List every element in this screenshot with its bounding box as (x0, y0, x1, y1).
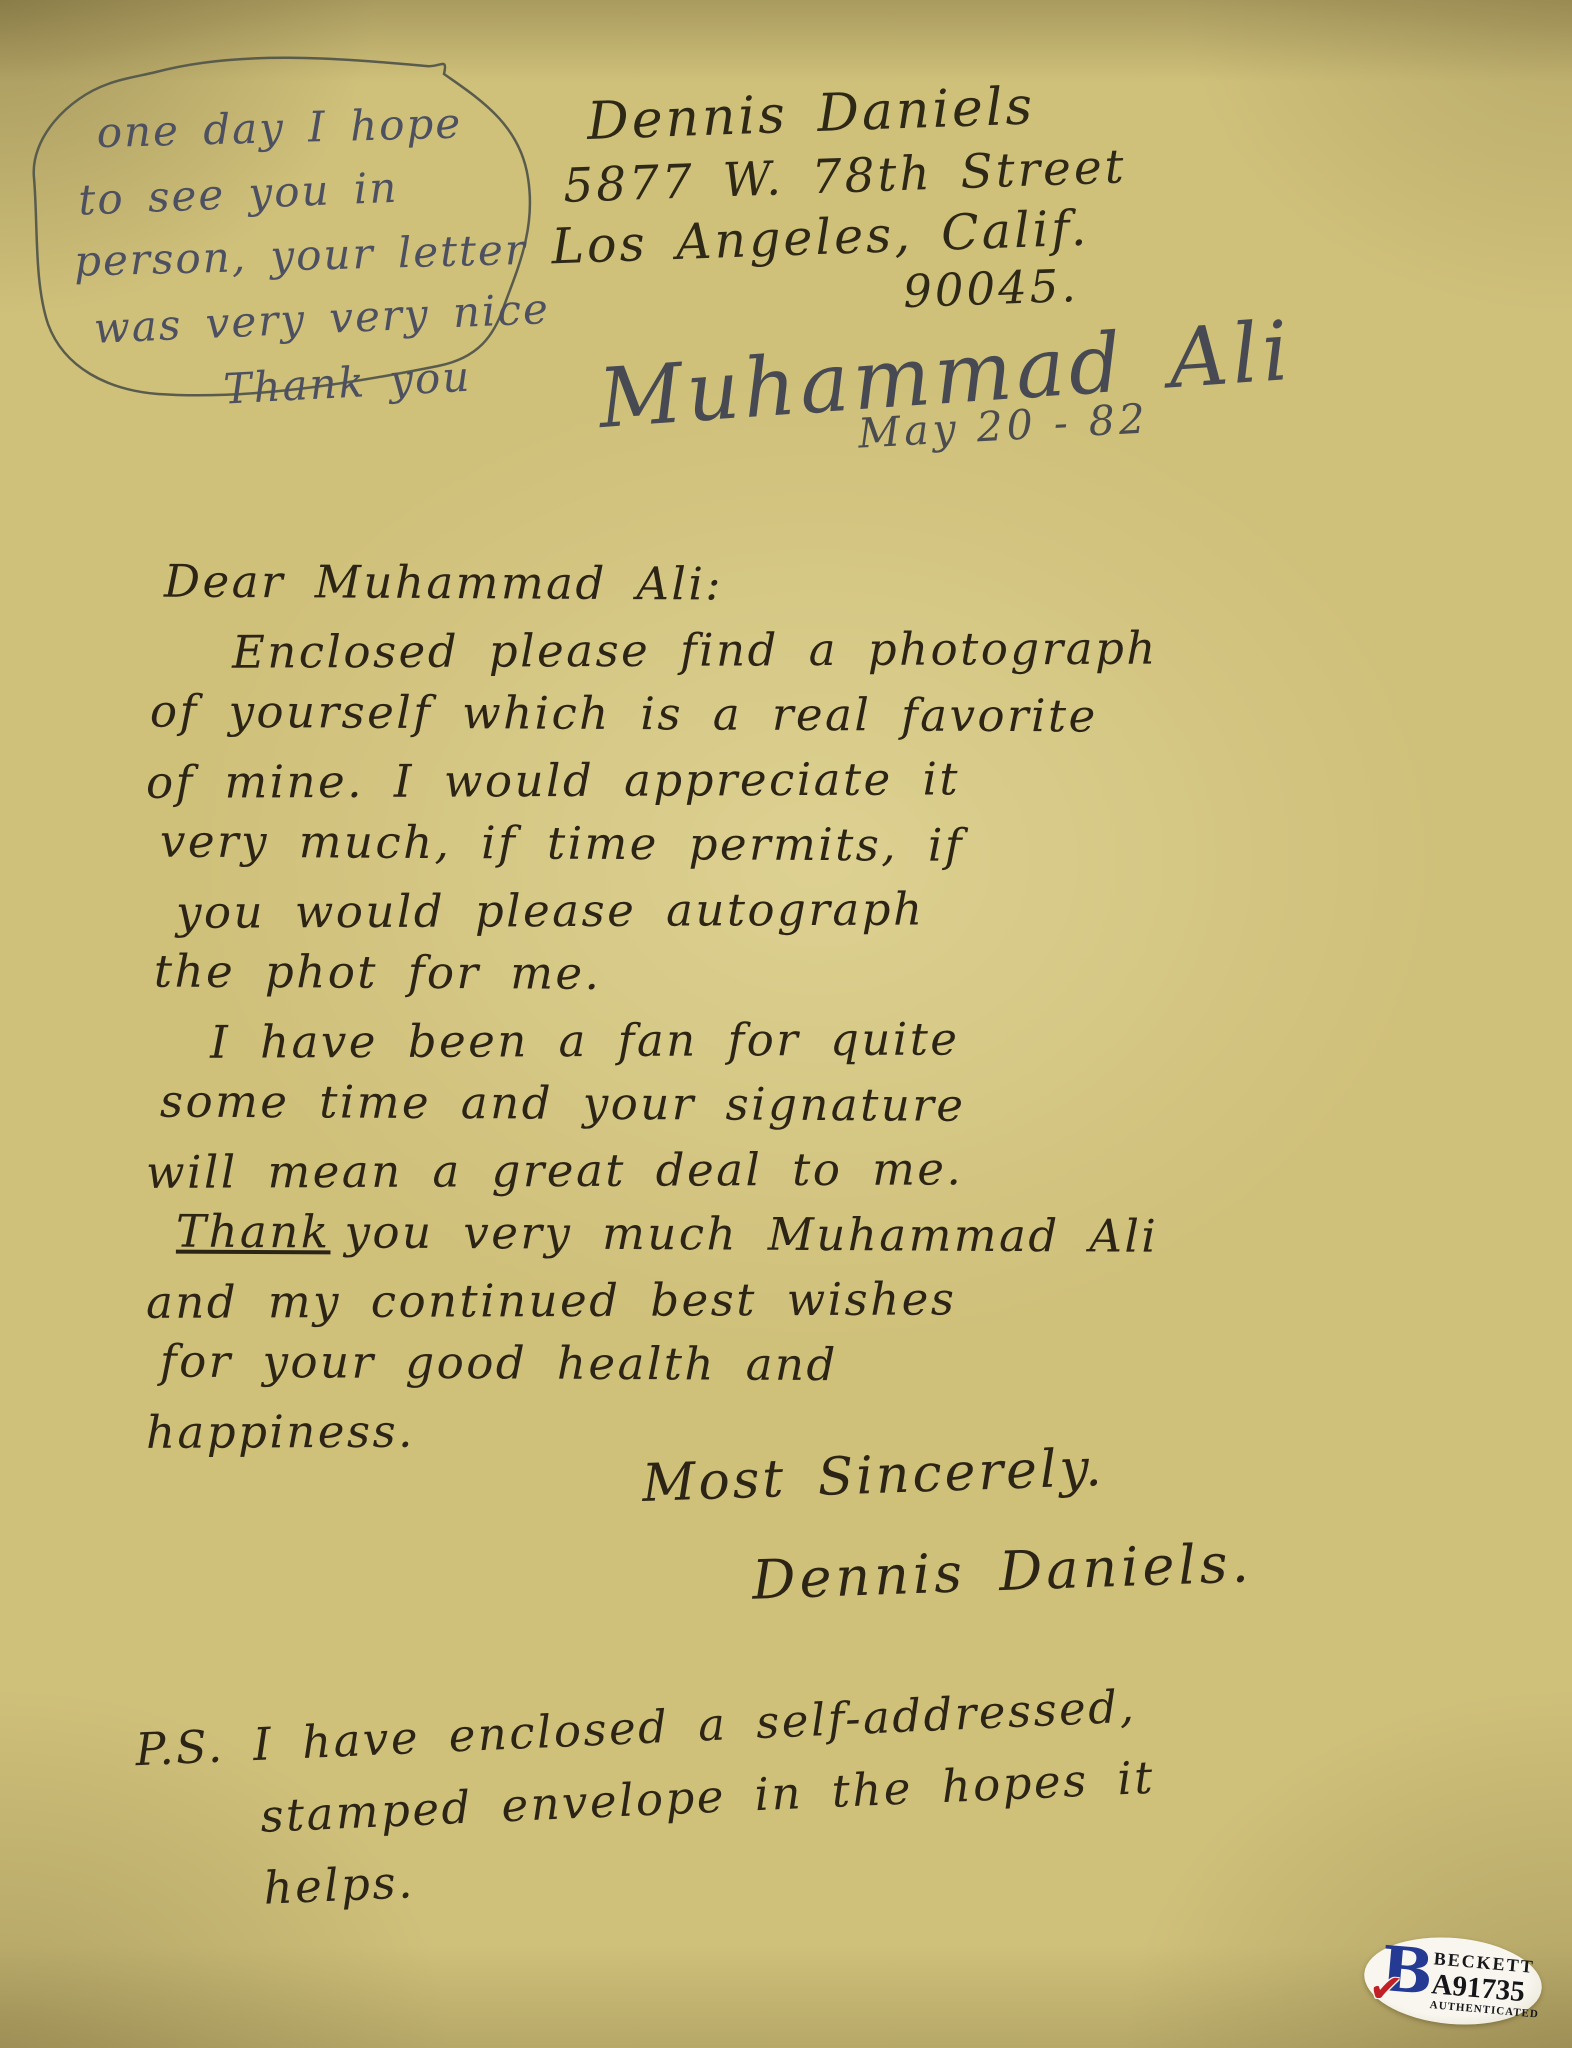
underlined-word: Thank (176, 1205, 331, 1259)
body-line: of yourself which is a real favorite (150, 679, 1466, 751)
ps-note: P.S. I have enclosed a self-addressed, s… (134, 1662, 1342, 1930)
beckett-sticker: B ✔ BECKETT A91735 AUTHENTICATED (1361, 1930, 1546, 2031)
beckett-logo: B ✔ (1373, 1939, 1433, 2013)
body-line: very much, if time permits, if (160, 809, 1466, 881)
letter-body: Dear Muhammad Ali: Enclosed please find … (146, 552, 1466, 1462)
body-line: some time and your signature (160, 1069, 1466, 1141)
body-line: of mine. I would appreciate it (146, 744, 1466, 815)
beckett-check-icon: ✔ (1367, 1965, 1404, 2014)
beckett-text: BECKETT A91735 AUTHENTICATED (1429, 1948, 1543, 2020)
body-line: for your good health and (160, 1329, 1466, 1401)
body-line: you would please autograph (176, 874, 1466, 945)
salutation: Dear Muhammad Ali: (164, 549, 1466, 621)
body-line: the phot for me. (154, 939, 1466, 1011)
address-zip: 90045. (902, 255, 1200, 318)
reply-note-line: Thank you (222, 343, 513, 422)
body-line: Enclosed please find a photograph (232, 614, 1466, 684)
letter-photo: one day I hope to see you in person, you… (0, 0, 1572, 2048)
body-line: I have been a fan for quite (210, 1004, 1466, 1074)
body-line-rest: you very much Muhammad Ali (344, 1206, 1158, 1263)
body-line: Thankyou very much Muhammad Ali (176, 1199, 1466, 1271)
closing-signature: Dennis Daniels. (751, 1531, 1254, 1611)
sender-address: Dennis Daniels 5877 W. 78th Street Los A… (552, 71, 1200, 330)
body-line: and my continued best wishes (146, 1264, 1466, 1335)
reply-note: one day I hope to see you in person, you… (74, 90, 512, 421)
body-line: will mean a great deal to me. (146, 1134, 1466, 1205)
